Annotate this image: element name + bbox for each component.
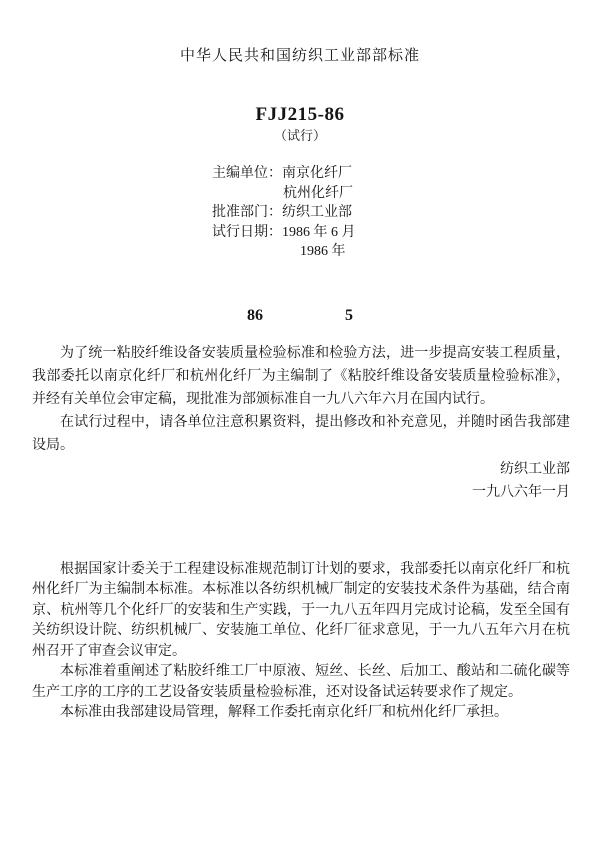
- editor-unit-value-2: 杭州化纤厂: [283, 186, 353, 201]
- trial-date-line: 试行日期：1986 年 6 月: [212, 223, 600, 243]
- approver-label: 批准部门：: [212, 205, 282, 220]
- trial-date-value-2: 1986 年: [300, 244, 346, 259]
- notes-paragraph-1: 根据国家计委关于工程建设标准规范制订计划的要求，我部委托以南京化纤厂和杭州化纤厂…: [32, 560, 570, 663]
- document-page: 中华人民共和国纺织工业部部标准 FJJ215-86 （试行） 主编单位：南京化纤…: [0, 0, 600, 848]
- drafting-notes-section: 根据国家计委关于工程建设标准规范制订计划的要求，我部委托以南京化纤厂和杭州化纤厂…: [32, 560, 570, 724]
- trial-date-value-1: 1986 年 6 月: [282, 225, 356, 240]
- trial-status-label: （试行）: [0, 127, 600, 144]
- standard-code: FJJ215-86: [0, 104, 600, 126]
- notes-paragraph-3: 本标准由我部建设局管理，解释工作委托南京化纤厂和杭州化纤厂承担。: [32, 703, 570, 724]
- foreword-paragraph-1: 为了统一粘胶纤维设备安装质量检验标准和检验方法，进一步提高安装工程质量，我部委托…: [32, 342, 570, 411]
- editor-unit-line: 主编单位：南京化纤厂: [212, 164, 600, 184]
- signature-block: 纺织工业部 一九八六年一月: [0, 458, 570, 504]
- page-marks: 86 5: [0, 307, 600, 324]
- notes-paragraph-2: 本标准着重阐述了粘胶纤维工厂中原液、短丝、长丝、后加工、酸站和二硫化碳等生产工序…: [32, 662, 570, 703]
- signature-organization: 纺织工业部: [0, 458, 570, 481]
- trial-date-line-2: 1986 年: [212, 242, 600, 262]
- approver-line: 批准部门：纺织工业部: [212, 203, 600, 223]
- document-info-block: 主编单位：南京化纤厂 杭州化纤厂 批准部门：纺织工业部 试行日期：1986 年 …: [212, 164, 600, 262]
- editor-unit-value-1: 南京化纤厂: [282, 166, 352, 181]
- editor-unit-line-2: 杭州化纤厂: [212, 184, 600, 204]
- editor-unit-label: 主编单位：: [212, 166, 282, 181]
- trial-date-label: 试行日期：: [212, 225, 282, 240]
- foreword-paragraph-2: 在试行过程中，请各单位注意积累资料，提出修改和补充意见，并随时函告我部建设局。: [32, 411, 570, 457]
- signature-date: 一九八六年一月: [0, 481, 570, 504]
- page-mark-right: 5: [345, 307, 353, 324]
- page-mark-left: 86: [247, 307, 263, 324]
- document-title: 中华人民共和国纺织工业部部标准: [0, 46, 600, 66]
- foreword-section: 为了统一粘胶纤维设备安装质量检验标准和检验方法，进一步提高安装工程质量，我部委托…: [32, 342, 570, 457]
- approver-value: 纺织工业部: [282, 205, 352, 220]
